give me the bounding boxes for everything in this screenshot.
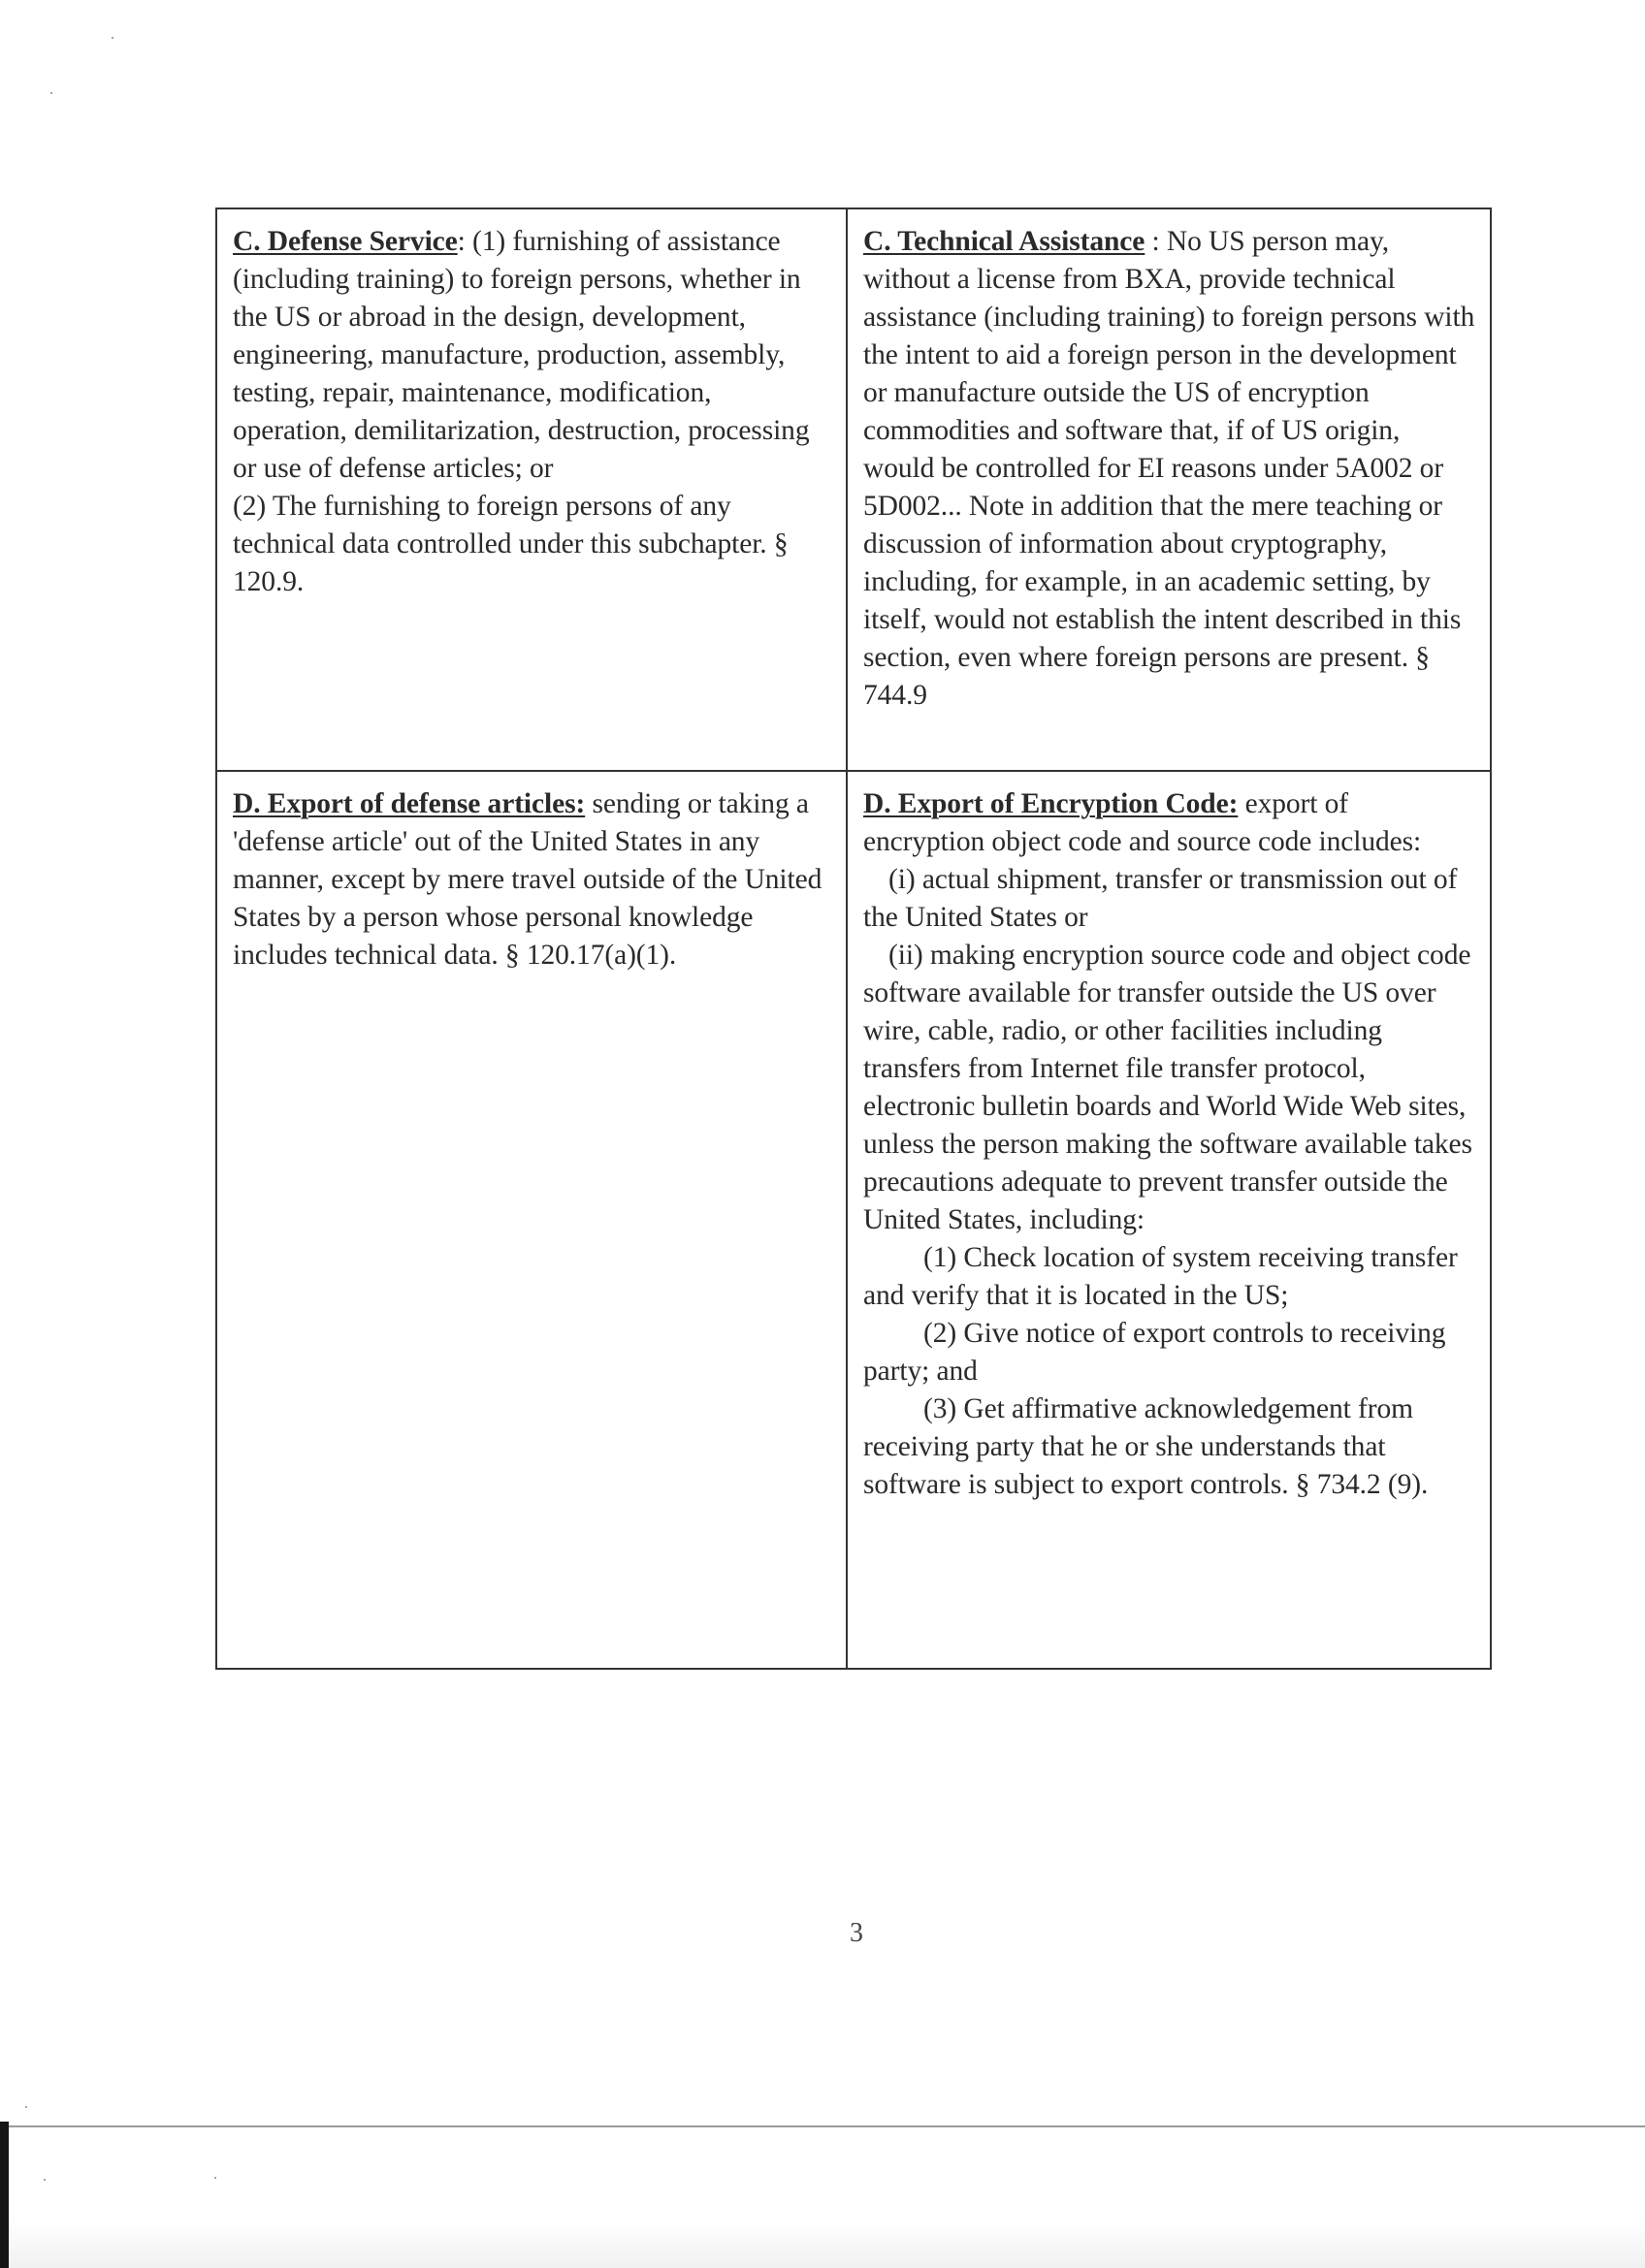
- scan-speck: [50, 92, 52, 94]
- export-encryption-code-heading: D. Export of Encryption Code:: [863, 788, 1238, 819]
- export-encryption-code-definition: D. Export of Encryption Code: export of …: [863, 785, 1476, 861]
- scan-speck: [25, 2106, 27, 2108]
- precaution-step-2: (2) Give notice of export controls to re…: [863, 1315, 1476, 1390]
- precaution-step-3: (3) Get affirmative acknowledgement from…: [863, 1390, 1476, 1504]
- export-defense-articles-cell: D. Export of defense articles: sending o…: [216, 771, 847, 1669]
- technical-assistance-text: : No US person may, without a license fr…: [863, 226, 1474, 711]
- defense-service-heading: C. Defense Service: [233, 226, 458, 257]
- defense-service-cell: C. Defense Service: (1) furnishing of as…: [216, 208, 847, 771]
- table-row: D. Export of defense articles: sending o…: [216, 771, 1491, 1669]
- technical-assistance-heading: C. Technical Assistance: [863, 226, 1145, 257]
- page-number: 3: [850, 1918, 863, 1949]
- export-defense-articles-definition: D. Export of defense articles: sending o…: [233, 785, 832, 974]
- table-row: C. Defense Service: (1) furnishing of as…: [216, 208, 1491, 771]
- scan-speck: [214, 2177, 216, 2179]
- defense-service-text: : (1) furnishing of assistance (includin…: [233, 226, 809, 484]
- export-defense-articles-heading: D. Export of defense articles:: [233, 788, 585, 819]
- scan-speck: [112, 37, 113, 39]
- precaution-step-1: (1) Check location of system receiving t…: [863, 1239, 1476, 1315]
- defense-service-definition: C. Defense Service: (1) furnishing of as…: [233, 223, 832, 488]
- technical-assistance-definition: C. Technical Assistance : No US person m…: [863, 223, 1476, 715]
- export-encryption-code-cell: D. Export of Encryption Code: export of …: [847, 771, 1491, 1669]
- technical-assistance-cell: C. Technical Assistance : No US person m…: [847, 208, 1491, 771]
- scan-fold-line: [6, 2125, 1645, 2127]
- scan-speck: [44, 2179, 46, 2181]
- item-i: (i) actual shipment, transfer or transmi…: [863, 861, 1476, 937]
- scan-shadow: [0, 2220, 1645, 2268]
- scan-edge: [0, 2122, 9, 2268]
- scanned-page: C. Defense Service: (1) furnishing of as…: [0, 0, 1645, 2268]
- defense-service-part-2: (2) The furnishing to foreign persons of…: [233, 488, 832, 601]
- comparison-table: C. Defense Service: (1) furnishing of as…: [215, 208, 1492, 1670]
- item-ii: (ii) making encryption source code and o…: [863, 937, 1476, 1239]
